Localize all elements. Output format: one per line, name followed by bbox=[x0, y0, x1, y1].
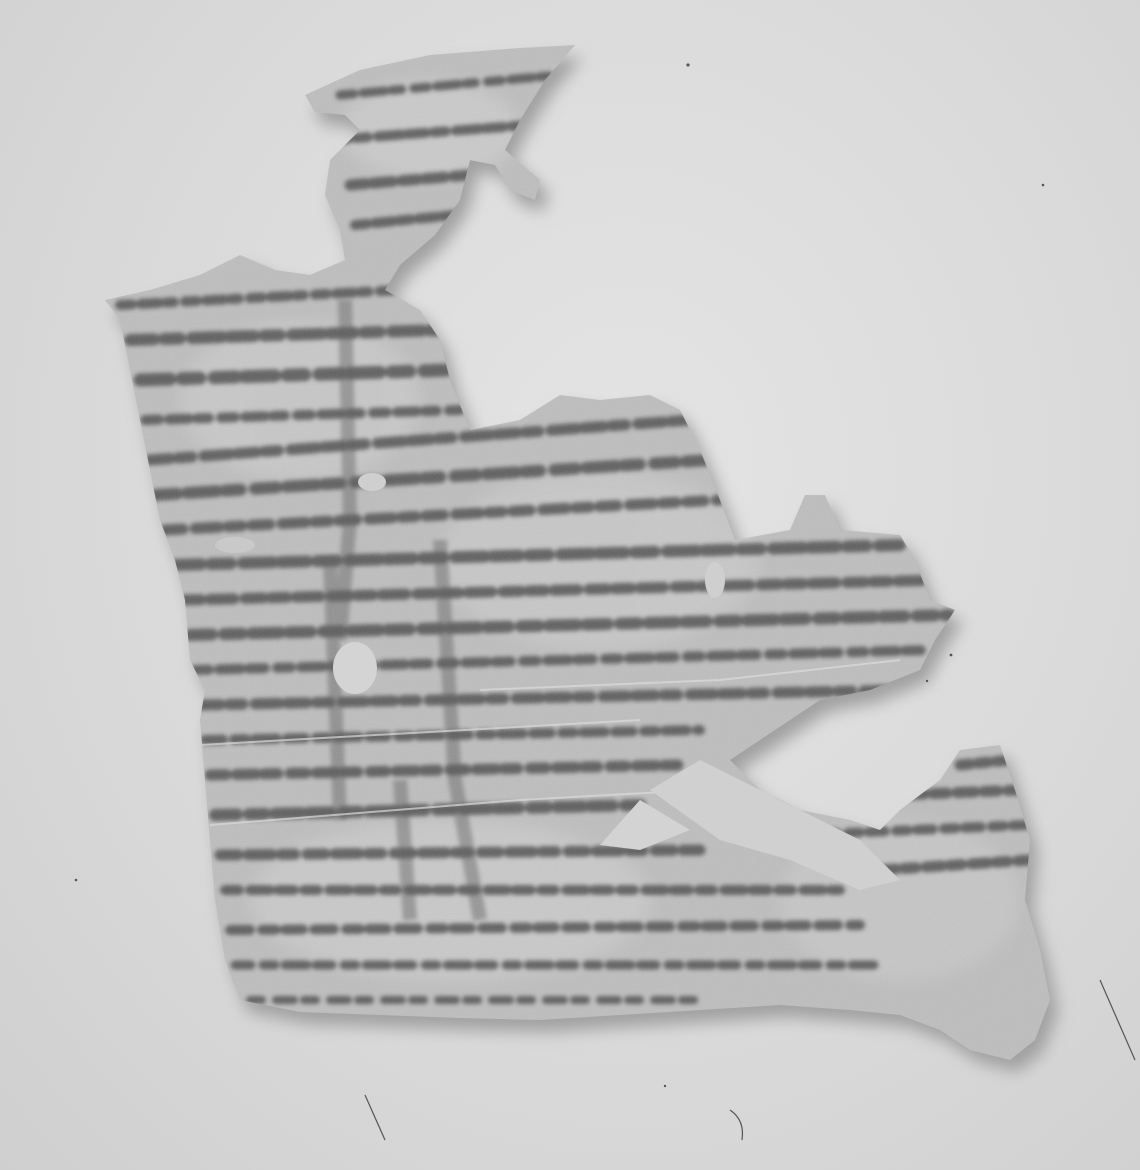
hole bbox=[358, 473, 386, 491]
hole bbox=[705, 562, 725, 598]
manuscript-fragment bbox=[0, 0, 1140, 1170]
manuscript-photo bbox=[0, 0, 1140, 1170]
hole bbox=[215, 537, 255, 553]
hole bbox=[333, 642, 377, 694]
